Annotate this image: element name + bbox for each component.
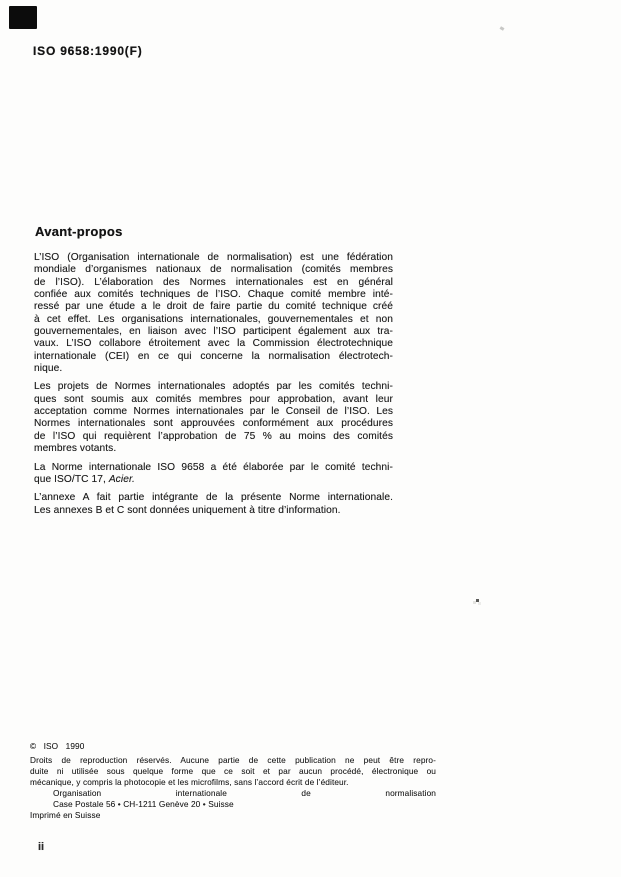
text-line: que ISO/TC 17, Acier. xyxy=(34,474,393,486)
text-line: nique. xyxy=(34,363,393,375)
text-line: mécanique, y compris la photocopie et le… xyxy=(30,777,436,788)
text-line: Droits de reproduction réservés. Aucune … xyxy=(30,755,436,766)
text-segment: que ISO/TC 17, xyxy=(34,474,109,485)
foreword-paragraph-3: La Norme internationale ISO 9658 a été é… xyxy=(34,462,393,487)
foreword-body: L’ISO (Organisation internationale de no… xyxy=(34,252,393,523)
text-line: vaux. L’ISO collabore étroitement avec l… xyxy=(34,338,393,350)
text-line: L’ISO (Organisation internationale de no… xyxy=(34,252,393,264)
text-line: gouvernementales, en liaison avec l’ISO … xyxy=(34,326,393,338)
scan-speck-mid-right xyxy=(476,599,479,602)
text-line: mondiale d’organismes nationaux de norma… xyxy=(34,264,393,276)
foreword-heading: Avant-propos xyxy=(35,224,123,239)
text-line: membres votants. xyxy=(34,443,393,455)
copyright-notice: © ISO 1990 xyxy=(30,741,436,752)
text-line: Les projets de Normes internationales ad… xyxy=(34,381,393,393)
text-line: L’annexe A fait partie intégrante de la … xyxy=(34,492,393,504)
text-line: ques sont soumis aux comités membres pou… xyxy=(34,394,393,406)
text-line: Normes internationales sont approuvées c… xyxy=(34,418,393,430)
text-line: de l’ISO). L’élaboration des Normes inte… xyxy=(34,277,393,289)
text-line: à cet effet. Les organisations internati… xyxy=(34,314,393,326)
text-line: acceptation comme Normes internationales… xyxy=(34,406,393,418)
document-page: ISO 9658:1990(F) Avant-propos L’ISO (Org… xyxy=(0,0,621,877)
foreword-paragraph-2: Les projets de Normes internationales ad… xyxy=(34,381,393,455)
text-line: ressé par une étude a le droit de faire … xyxy=(34,301,393,313)
text-line: Case Postale 56 • CH-1211 Genève 20 • Su… xyxy=(53,799,436,810)
printed-in-note: Imprimé en Suisse xyxy=(30,810,436,821)
text-line: duite ni utilisée sous quelque forme que… xyxy=(30,766,436,777)
text-line: confiée aux comités techniques de l’ISO.… xyxy=(34,289,393,301)
text-line: de l’ISO qui requièrent l’approbation de… xyxy=(34,431,393,443)
copyright-footer: © ISO 1990 Droits de reproduction réserv… xyxy=(30,741,436,821)
scan-corner-artifact xyxy=(9,6,37,29)
text-line: La Norme internationale ISO 9658 a été é… xyxy=(34,462,393,474)
scan-speck-top-right xyxy=(500,26,505,31)
foreword-paragraph-4: L’annexe A fait partie intégrante de la … xyxy=(34,492,393,517)
text-line: Organisation internationale de normalisa… xyxy=(53,788,436,799)
rights-statement: Droits de reproduction réservés. Aucune … xyxy=(30,755,436,788)
text-line: Les annexes B et C sont données uniqueme… xyxy=(34,505,393,517)
page-number: ii xyxy=(38,841,44,853)
document-reference: ISO 9658:1990(F) xyxy=(33,44,143,58)
publisher-address: Organisation internationale de normalisa… xyxy=(30,788,436,810)
text-line: internationale (CEI) en ce qui concerne … xyxy=(34,351,393,363)
text-segment: Acier. xyxy=(109,474,135,485)
foreword-paragraph-1: L’ISO (Organisation internationale de no… xyxy=(34,252,393,375)
